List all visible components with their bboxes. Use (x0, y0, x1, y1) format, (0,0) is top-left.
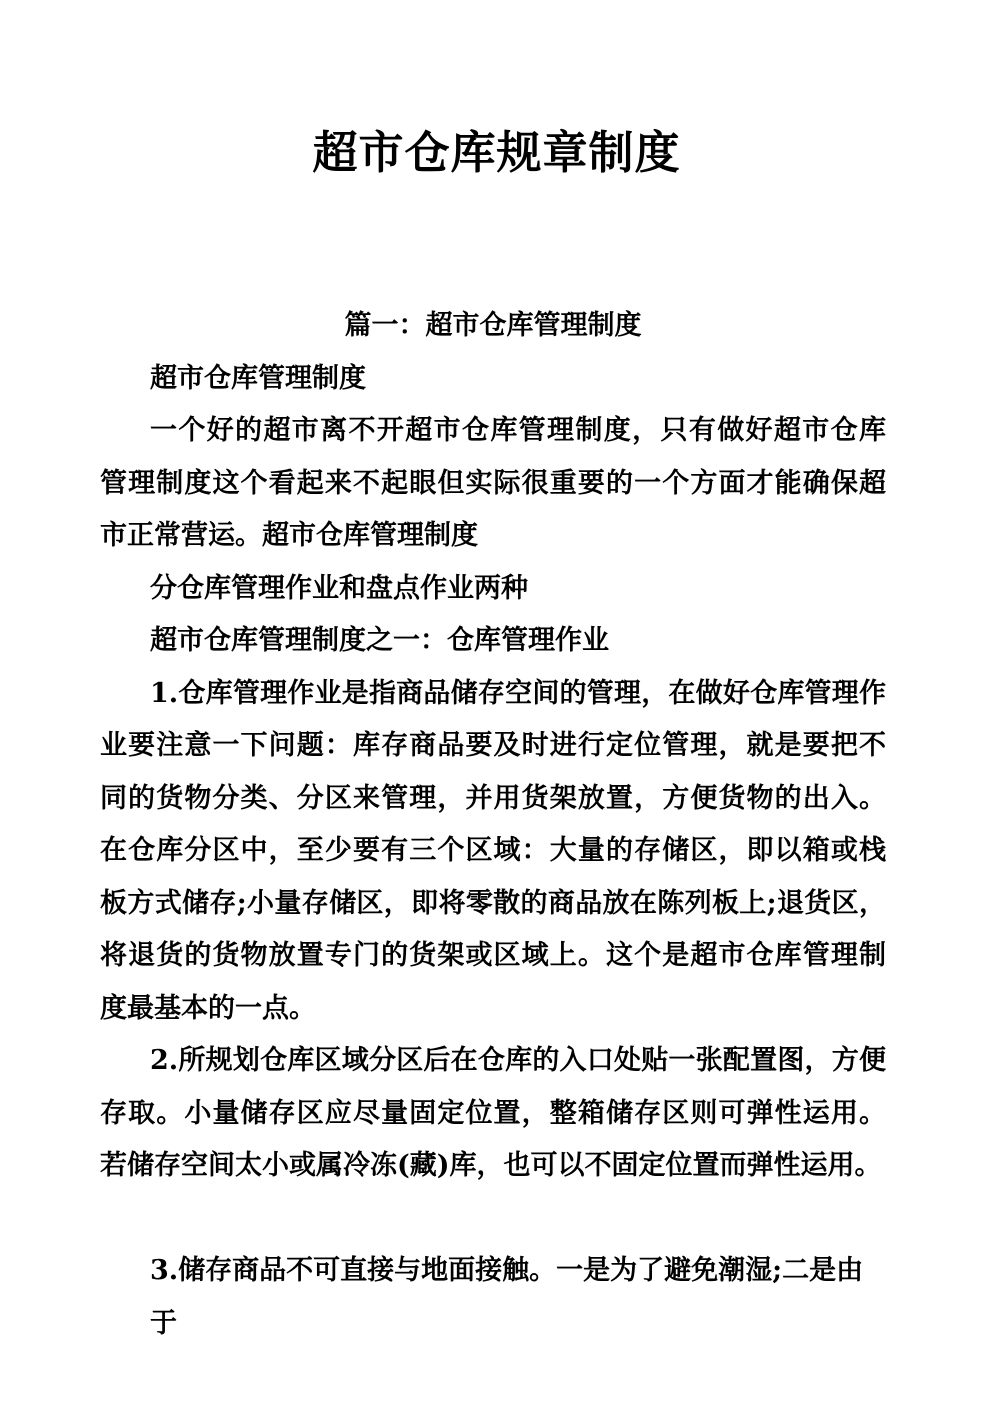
text-line: 若储存空间太小或属冷冻(藏)库，也可以不固定位置而弹性运用。 (100, 1140, 886, 1193)
text-line: 3.储存商品不可直接与地面接触。一是为了避免潮湿;二是由于 (100, 1245, 886, 1298)
text-line: 2.所规划仓库区域分区后在仓库的入口处贴一张配置图，方便 (100, 1035, 886, 1088)
text-line: 1.仓库管理作业是指商品储存空间的管理，在做好仓库管理作 (100, 668, 886, 721)
text-line: 篇一：超市仓库管理制度 (100, 300, 886, 353)
text-line: 同的货物分类、分区来管理，并用货架放置，方便货物的出入。 (100, 773, 886, 826)
document-page: 超市仓库规章制度 篇一：超市仓库管理制度超市仓库管理制度一个好的超市离不开超市仓… (0, 0, 993, 1404)
section-heading: 篇一：超市仓库管理制度 (100, 300, 886, 353)
intro-paragraph: 一个好的超市离不开超市仓库管理制度，只有做好超市仓库管理制度这个看起来不起眼但实… (100, 405, 886, 563)
document-title: 超市仓库规章制度 (0, 122, 993, 184)
subheading-paragraph: 超市仓库管理制度 (100, 353, 886, 406)
category-paragraph: 分仓库管理作业和盘点作业两种 (100, 563, 886, 616)
text-line: 超市仓库管理制度 (100, 353, 886, 406)
text-line: 超市仓库管理制度之一：仓库管理作业 (100, 615, 886, 668)
text-line: 存取。小量储存区应尽量固定位置，整箱储存区则可弹性运用。 (100, 1088, 886, 1141)
text-line: 市正常营运。超市仓库管理制度 (100, 510, 886, 563)
item-2-paragraph: 2.所规划仓库区域分区后在仓库的入口处贴一张配置图，方便存取。小量储存区应尽量固… (100, 1035, 886, 1193)
section-one-heading-paragraph: 超市仓库管理制度之一：仓库管理作业 (100, 615, 886, 668)
blank-line (100, 1193, 886, 1246)
text-line: 度最基本的一点。 (100, 983, 886, 1036)
document-body: 篇一：超市仓库管理制度超市仓库管理制度一个好的超市离不开超市仓库管理制度，只有做… (100, 300, 886, 1298)
text-line: 管理制度这个看起来不起眼但实际很重要的一个方面才能确保超 (100, 458, 886, 511)
item-3-paragraph: 3.储存商品不可直接与地面接触。一是为了避免潮湿;二是由于 (100, 1245, 886, 1298)
text-line: 板方式储存;小量存储区，即将零散的商品放在陈列板上;退货区， (100, 878, 886, 931)
text-line: 业要注意一下问题：库存商品要及时进行定位管理，就是要把不 (100, 720, 886, 773)
text-line: 一个好的超市离不开超市仓库管理制度，只有做好超市仓库 (100, 405, 886, 458)
text-line: 将退货的货物放置专门的货架或区域上。这个是超市仓库管理制 (100, 930, 886, 983)
text-line: 分仓库管理作业和盘点作业两种 (100, 563, 886, 616)
item-1-paragraph: 1.仓库管理作业是指商品储存空间的管理，在做好仓库管理作业要注意一下问题：库存商… (100, 668, 886, 1036)
text-line: 在仓库分区中，至少要有三个区域：大量的存储区，即以箱或栈 (100, 825, 886, 878)
